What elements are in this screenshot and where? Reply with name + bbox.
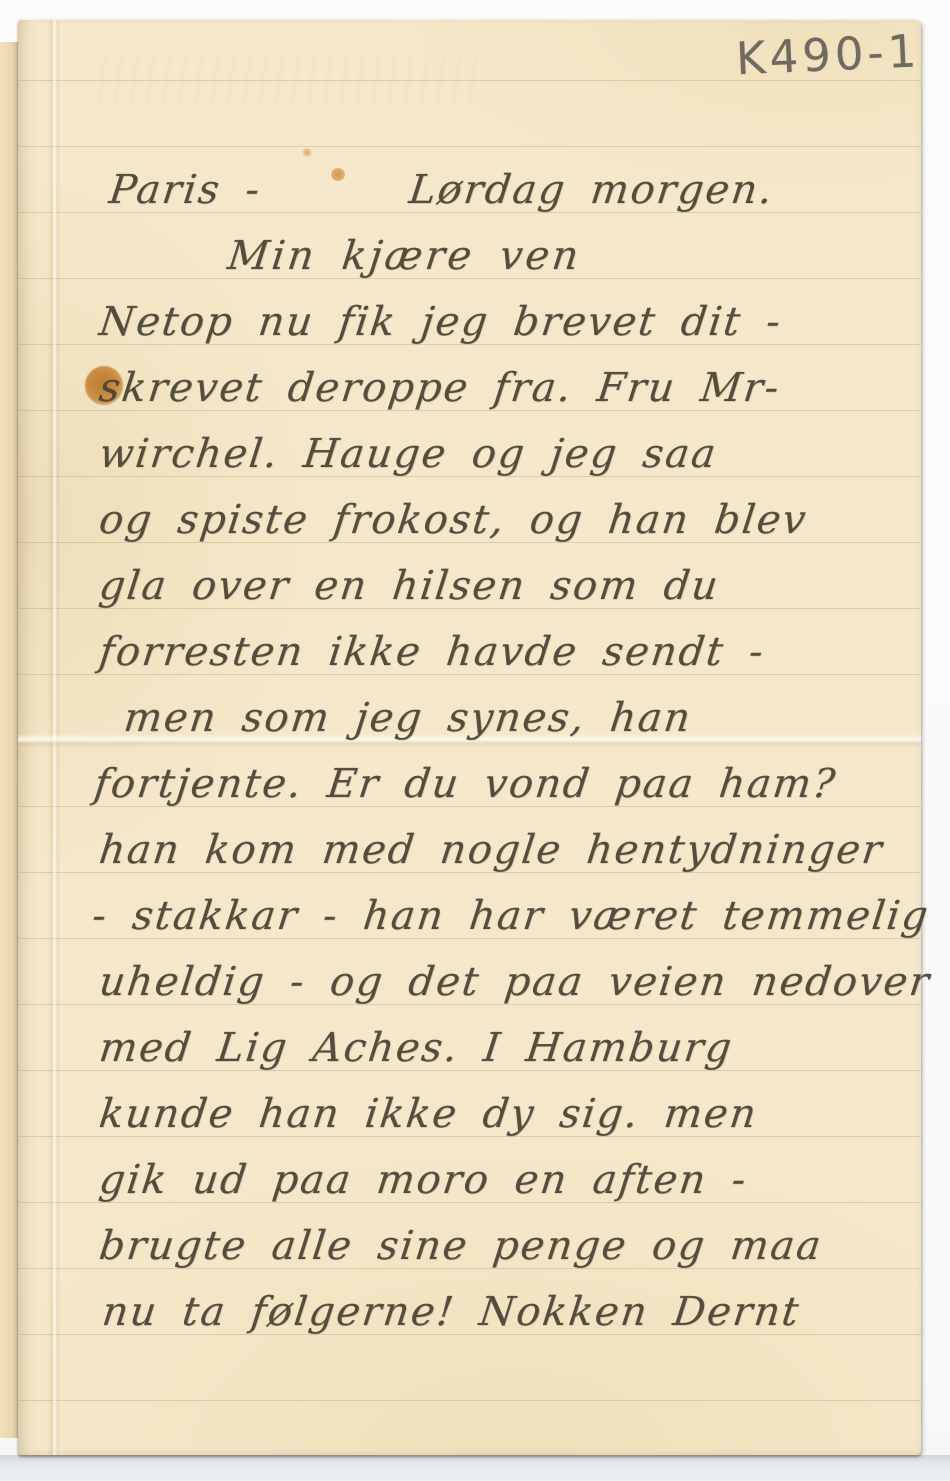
handwritten-line: Netop nu fik jeg brevet dit -	[95, 300, 785, 358]
handwriting-block: Paris - Lørdag morgen. Min kjære ven Net…	[18, 20, 921, 1455]
handwritten-line: gik ud paa moro en aften -	[95, 1158, 750, 1216]
letter-sheet: K490-1 Paris - Lørdag morgen. Min kjære …	[18, 20, 921, 1455]
handwritten-line: kunde han ikke dy sig. men	[95, 1092, 760, 1150]
handwritten-line: brugte alle sine penge og maa	[95, 1224, 825, 1282]
handwritten-line: wirchel. Hauge og jeg saa	[95, 432, 720, 490]
handwritten-line: nu ta følgerne! Nokken Dernt	[98, 1290, 803, 1348]
handwritten-line: uheldig - og det paa veien nedover	[95, 960, 933, 1018]
handwritten-line: skrevet deroppe fra. Fru Mr-	[95, 366, 783, 424]
handwritten-line: og spiste frokost, og han blev	[95, 498, 810, 556]
handwritten-line: han kom med nogle hentydninger	[95, 828, 886, 886]
handwritten-line: gla over en hilsen som du	[95, 564, 722, 622]
scanner-background-strip	[0, 1455, 950, 1481]
handwritten-line-dateline: Paris - Lørdag morgen.	[105, 168, 776, 226]
handwritten-line: men som jeg synes, han	[95, 696, 694, 754]
handwritten-line-salutation: Min kjære ven	[95, 234, 584, 292]
handwritten-line: - stakkar - han har været temmelig	[88, 894, 932, 952]
scanned-letter-page: K490-1 Paris - Lørdag morgen. Min kjære …	[0, 0, 950, 1481]
handwritten-line: fortjente. Er du vond paa ham?	[90, 762, 839, 820]
handwritten-line: forresten ikke havde sendt -	[95, 630, 767, 688]
handwritten-line: med Lig Aches. I Hamburg	[95, 1026, 736, 1084]
